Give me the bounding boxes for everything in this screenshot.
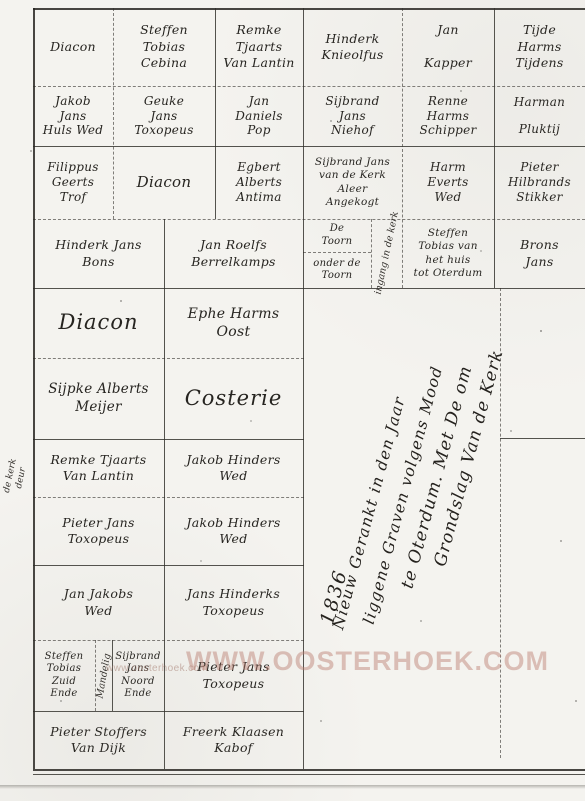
grid-cell: Jans Hinderks Toxopeus	[164, 565, 303, 640]
rotated-label-ingang: ingang in de kerk	[373, 210, 402, 295]
scan-speckles	[0, 0, 2, 2]
grid-cell: Renne Harms Schipper	[402, 86, 494, 146]
grid-cell: Jan Roelfs Berrelkamps	[164, 219, 303, 288]
grid-cell: Remke Tjaarts Van Lantin	[33, 439, 164, 497]
grid-cell: Ephe Harms Oost	[164, 288, 303, 358]
grid-cell: Harman Pluktij	[494, 86, 585, 146]
grid-cell: Jan Daniels Pop	[215, 86, 303, 146]
grid-cell: Jan Jakobs Wed	[33, 565, 164, 640]
grid-cell: Jakob Hinders Wed	[164, 439, 303, 497]
page-edge-shadow	[0, 785, 585, 789]
grid-cell: Steffen Tobias van het huis tot Oterdum	[402, 219, 494, 288]
grid-cell: Pieter Jans Toxopeus	[33, 497, 164, 565]
grid-cell: Freerk Klaasen Kabof	[164, 711, 303, 769]
grid-cell: Jan Kapper	[402, 8, 494, 86]
margin-note: de kerk deur	[2, 458, 30, 496]
grid-cell: Sijbrand Jans Noord Ende	[112, 640, 164, 711]
grid-cell: Filippus Geerts Trof	[33, 146, 113, 219]
grid-cell: Diacon	[33, 8, 113, 86]
grid-cell: Pieter Hilbrands Stikker	[494, 146, 585, 219]
grid-cell: Sijbrand Jans Niehof	[303, 86, 402, 146]
grid-cell: Brons Jans	[494, 219, 585, 288]
grid-cell: Geuke Jans Toxopeus	[113, 86, 215, 146]
watermark-large: WWW.OOSTERHOEK.COM	[186, 646, 549, 677]
grid-cell: Diacon	[33, 288, 164, 358]
grid-cell: Steffen Tobias Zuid Ende	[33, 640, 95, 711]
grid-cell-onder-toorn: onder de Toorn	[303, 252, 371, 288]
grid-line	[371, 219, 372, 288]
grid-line	[33, 774, 585, 775]
grid-cell: Hinderk Jans Bons	[33, 219, 164, 288]
grid-line	[500, 438, 585, 439]
grid-cell: Egbert Alberts Antima	[215, 146, 303, 219]
grid-line	[33, 769, 585, 771]
grid-cell: Sijpke Alberts Meijer	[33, 358, 164, 439]
grid-cell: Jakob Jans Huls Wed	[33, 86, 113, 146]
grid-cell: Jakob Hinders Wed	[164, 497, 303, 565]
grid-cell: Pieter Stoffers Van Dijk	[33, 711, 164, 769]
grid-line	[95, 640, 96, 711]
scanned-church-plan-sheet: Diacon Steffen Tobias Cebina Remke Tjaar…	[0, 0, 585, 801]
grid-cell: Remke Tjaarts Van Lantin	[215, 8, 303, 86]
grid-cell: Harm Everts Wed	[402, 146, 494, 219]
grid-cell: Costerie	[164, 358, 303, 439]
grid-cell: Sijbrand Jans van de Kerk Aleer Angekogt	[303, 146, 402, 219]
grid-cell-toorn: De Toorn	[303, 219, 371, 252]
grid-cell: Steffen Tobias Cebina	[113, 8, 215, 86]
grid-cell: Diacon	[113, 146, 215, 219]
rotated-label-mandelig: Mandelig	[94, 653, 113, 700]
grid-cell: Hinderk Knieolfus	[303, 8, 402, 86]
grid-cell: Tijde Harms Tijdens	[494, 8, 585, 86]
